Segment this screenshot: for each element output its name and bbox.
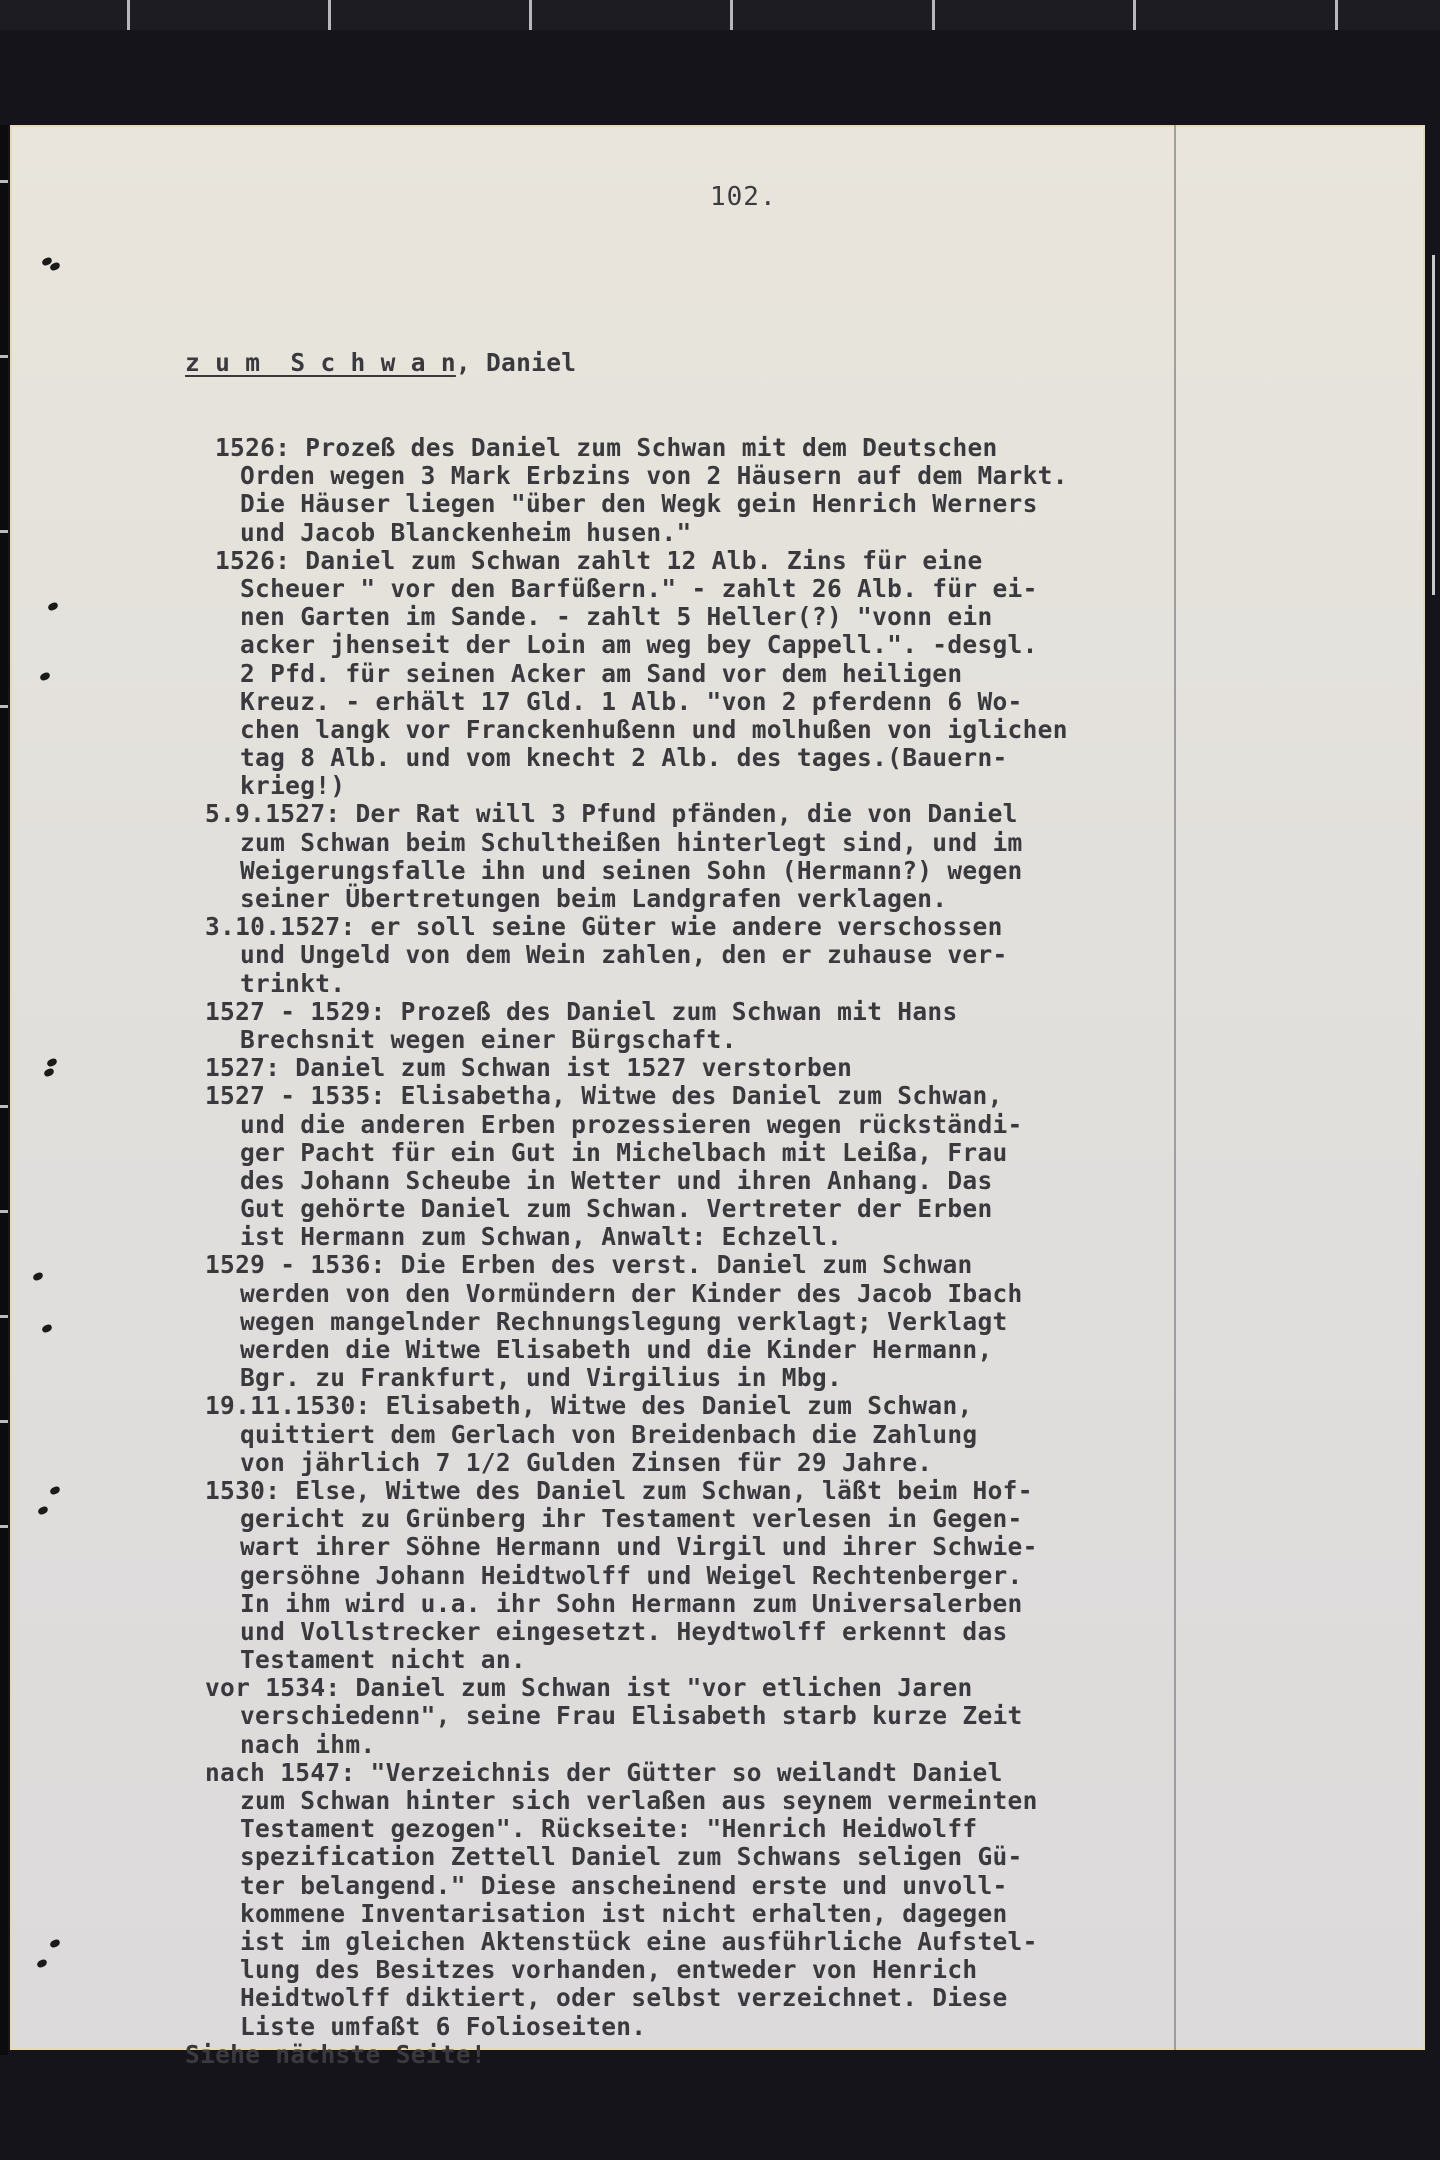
frame-tick-mark (730, 0, 733, 30)
rail-mark (0, 180, 8, 183)
text-line: 3.10.1527: er soll seine Güter wie ander… (185, 913, 1225, 941)
text-line: Die Häuser liegen "über den Wegk gein He… (185, 490, 1225, 518)
text-line: von jährlich 7 1/2 Gulden Zinsen für 29 … (185, 1449, 1225, 1477)
text-line: verschiedenn", seine Frau Elisabeth star… (185, 1702, 1225, 1730)
text-line: ist Hermann zum Schwan, Anwalt: Echzell. (185, 1223, 1225, 1251)
frame-tick-mark (328, 0, 331, 30)
punch-hole-mark (32, 1272, 44, 1282)
text-line: und Ungeld von dem Wein zahlen, den er z… (185, 941, 1225, 969)
text-line: 1529 - 1536: Die Erben des verst. Daniel… (185, 1251, 1225, 1279)
text-line: seiner Übertretungen beim Landgrafen ver… (185, 885, 1225, 913)
text-line: 2 Pfd. für seinen Acker am Sand vor dem … (185, 660, 1225, 688)
text-line: kommene Inventarisation ist nicht erhalt… (185, 1900, 1225, 1928)
text-line: gericht zu Grünberg ihr Testament verles… (185, 1505, 1225, 1533)
text-line: lung des Besitzes vorhanden, entweder vo… (185, 1956, 1225, 1984)
text-line: zum Schwan beim Schultheißen hinterlegt … (185, 829, 1225, 857)
punch-hole-mark (39, 672, 51, 682)
text-line: ist im gleichen Aktenstück eine ausführl… (185, 1928, 1225, 1956)
text-line: gersöhne Johann Heidtwolff und Weigel Re… (185, 1562, 1225, 1590)
frame-tick-mark (529, 0, 532, 30)
text-line: nen Garten im Sande. - zahlt 5 Heller(?)… (185, 603, 1225, 631)
text-line: werden von den Vormündern der Kinder des… (185, 1280, 1225, 1308)
text-line: Heidtwolff diktiert, oder selbst verzeic… (185, 1984, 1225, 2012)
text-line: zum Schwan hinter sich verlaßen aus seyn… (185, 1787, 1225, 1815)
text-line: Kreuz. - erhält 17 Gld. 1 Alb. "von 2 pf… (185, 688, 1225, 716)
scanner-top-strip (0, 0, 1440, 30)
text-line: Testament gezogen". Rückseite: "Henrich … (185, 1815, 1225, 1843)
rail-mark (0, 1525, 8, 1528)
text-line: 1526: Daniel zum Schwan zahlt 12 Alb. Zi… (185, 547, 1225, 575)
text-line: 5.9.1527: Der Rat will 3 Pfund pfänden, … (185, 800, 1225, 828)
rail-mark (0, 530, 8, 533)
text-line: vor 1534: Daniel zum Schwan ist "vor etl… (185, 1674, 1225, 1702)
text-line: 1530: Else, Witwe des Daniel zum Schwan,… (185, 1477, 1225, 1505)
text-line: und die anderen Erben prozessieren wegen… (185, 1111, 1225, 1139)
text-line: krieg!) (185, 772, 1225, 800)
text-line: Liste umfaßt 6 Folioseiten. (185, 2013, 1225, 2041)
frame-tick-mark (932, 0, 935, 30)
frame-tick-mark (127, 0, 130, 30)
text-line: 1526: Prozeß des Daniel zum Schwan mit d… (185, 434, 1225, 462)
text-line: tag 8 Alb. und vom knecht 2 Alb. des tag… (185, 744, 1225, 772)
scanner-left-rail (0, 125, 8, 2055)
heading-surname: z u m S c h w a n (185, 349, 456, 377)
text-line: Siehe nächste Seite! (185, 2041, 1225, 2069)
punch-hole-mark (41, 1324, 53, 1334)
scanner-right-rail-mark (1432, 255, 1435, 595)
text-line: chen langk vor Franckenhußenn und molhuß… (185, 716, 1225, 744)
text-line: werden die Witwe Elisabeth und die Kinde… (185, 1336, 1225, 1364)
text-line: In ihm wird u.a. ihr Sohn Hermann zum Un… (185, 1590, 1225, 1618)
punch-hole-mark (49, 1939, 61, 1949)
rail-mark (0, 355, 8, 358)
punch-hole-mark (47, 602, 59, 612)
rail-mark (0, 1210, 8, 1213)
text-line: nach 1547: "Verzeichnis der Gütter so we… (185, 1759, 1225, 1787)
frame-tick-mark (1335, 0, 1338, 30)
page-number: 102. (710, 182, 777, 212)
text-line: ter belangend." Diese anscheinend erste … (185, 1872, 1225, 1900)
text-line: Brechsnit wegen einer Bürgschaft. (185, 1026, 1225, 1054)
text-line: wegen mangelnder Rechnungslegung verklag… (185, 1308, 1225, 1336)
text-line: quittiert dem Gerlach von Breidenbach di… (185, 1421, 1225, 1449)
text-line: Testament nicht an. (185, 1646, 1225, 1674)
frame-tick-mark (1133, 0, 1136, 30)
entry-heading: z u m S c h w a n, Daniel (185, 349, 1225, 377)
text-line: spezification Zettell Daniel zum Schwans… (185, 1843, 1225, 1871)
punch-hole-mark (36, 1959, 48, 1969)
rail-mark (0, 1105, 8, 1108)
rail-mark (0, 705, 8, 708)
text-line: und Vollstrecker eingesetzt. Heydtwolff … (185, 1618, 1225, 1646)
text-line: wart ihrer Söhne Hermann und Virgil und … (185, 1533, 1225, 1561)
rail-mark (0, 1315, 8, 1318)
text-line: nach ihm. (185, 1731, 1225, 1759)
punch-hole-mark (37, 1506, 49, 1516)
heading-given-name: , Daniel (456, 349, 576, 377)
entry-lines: 1526: Prozeß des Daniel zum Schwan mit d… (185, 434, 1225, 2069)
text-line: Gut gehörte Daniel zum Schwan. Vertreter… (185, 1195, 1225, 1223)
text-line: Bgr. zu Frankfurt, und Virgilius in Mbg. (185, 1364, 1225, 1392)
text-line: und Jacob Blanckenheim husen." (185, 519, 1225, 547)
text-line: Scheuer " vor den Barfüßern." - zahlt 26… (185, 575, 1225, 603)
punch-hole-mark (43, 1068, 55, 1078)
text-line: 19.11.1530: Elisabeth, Witwe des Daniel … (185, 1392, 1225, 1420)
rail-mark (0, 1420, 8, 1423)
text-line: acker jhenseit der Loin am weg bey Cappe… (185, 631, 1225, 659)
text-line: ger Pacht für ein Gut in Michelbach mit … (185, 1139, 1225, 1167)
punch-hole-mark (49, 1486, 61, 1496)
text-line: des Johann Scheube in Wetter und ihren A… (185, 1167, 1225, 1195)
punch-hole-mark (46, 1058, 58, 1068)
text-line: 1527: Daniel zum Schwan ist 1527 verstor… (185, 1054, 1225, 1082)
text-line: trinkt. (185, 970, 1225, 998)
document-body: z u m S c h w a n, Daniel 1526: Prozeß d… (185, 293, 1225, 2125)
text-line: 1527 - 1529: Prozeß des Daniel zum Schwa… (185, 998, 1225, 1026)
text-line: 1527 - 1535: Elisabetha, Witwe des Danie… (185, 1082, 1225, 1110)
text-line: Weigerungsfalle ihn und seinen Sohn (Her… (185, 857, 1225, 885)
text-line: Orden wegen 3 Mark Erbzins von 2 Häusern… (185, 462, 1225, 490)
typewritten-page: 102. z u m S c h w a n, Daniel 1526: Pro… (10, 125, 1425, 2050)
